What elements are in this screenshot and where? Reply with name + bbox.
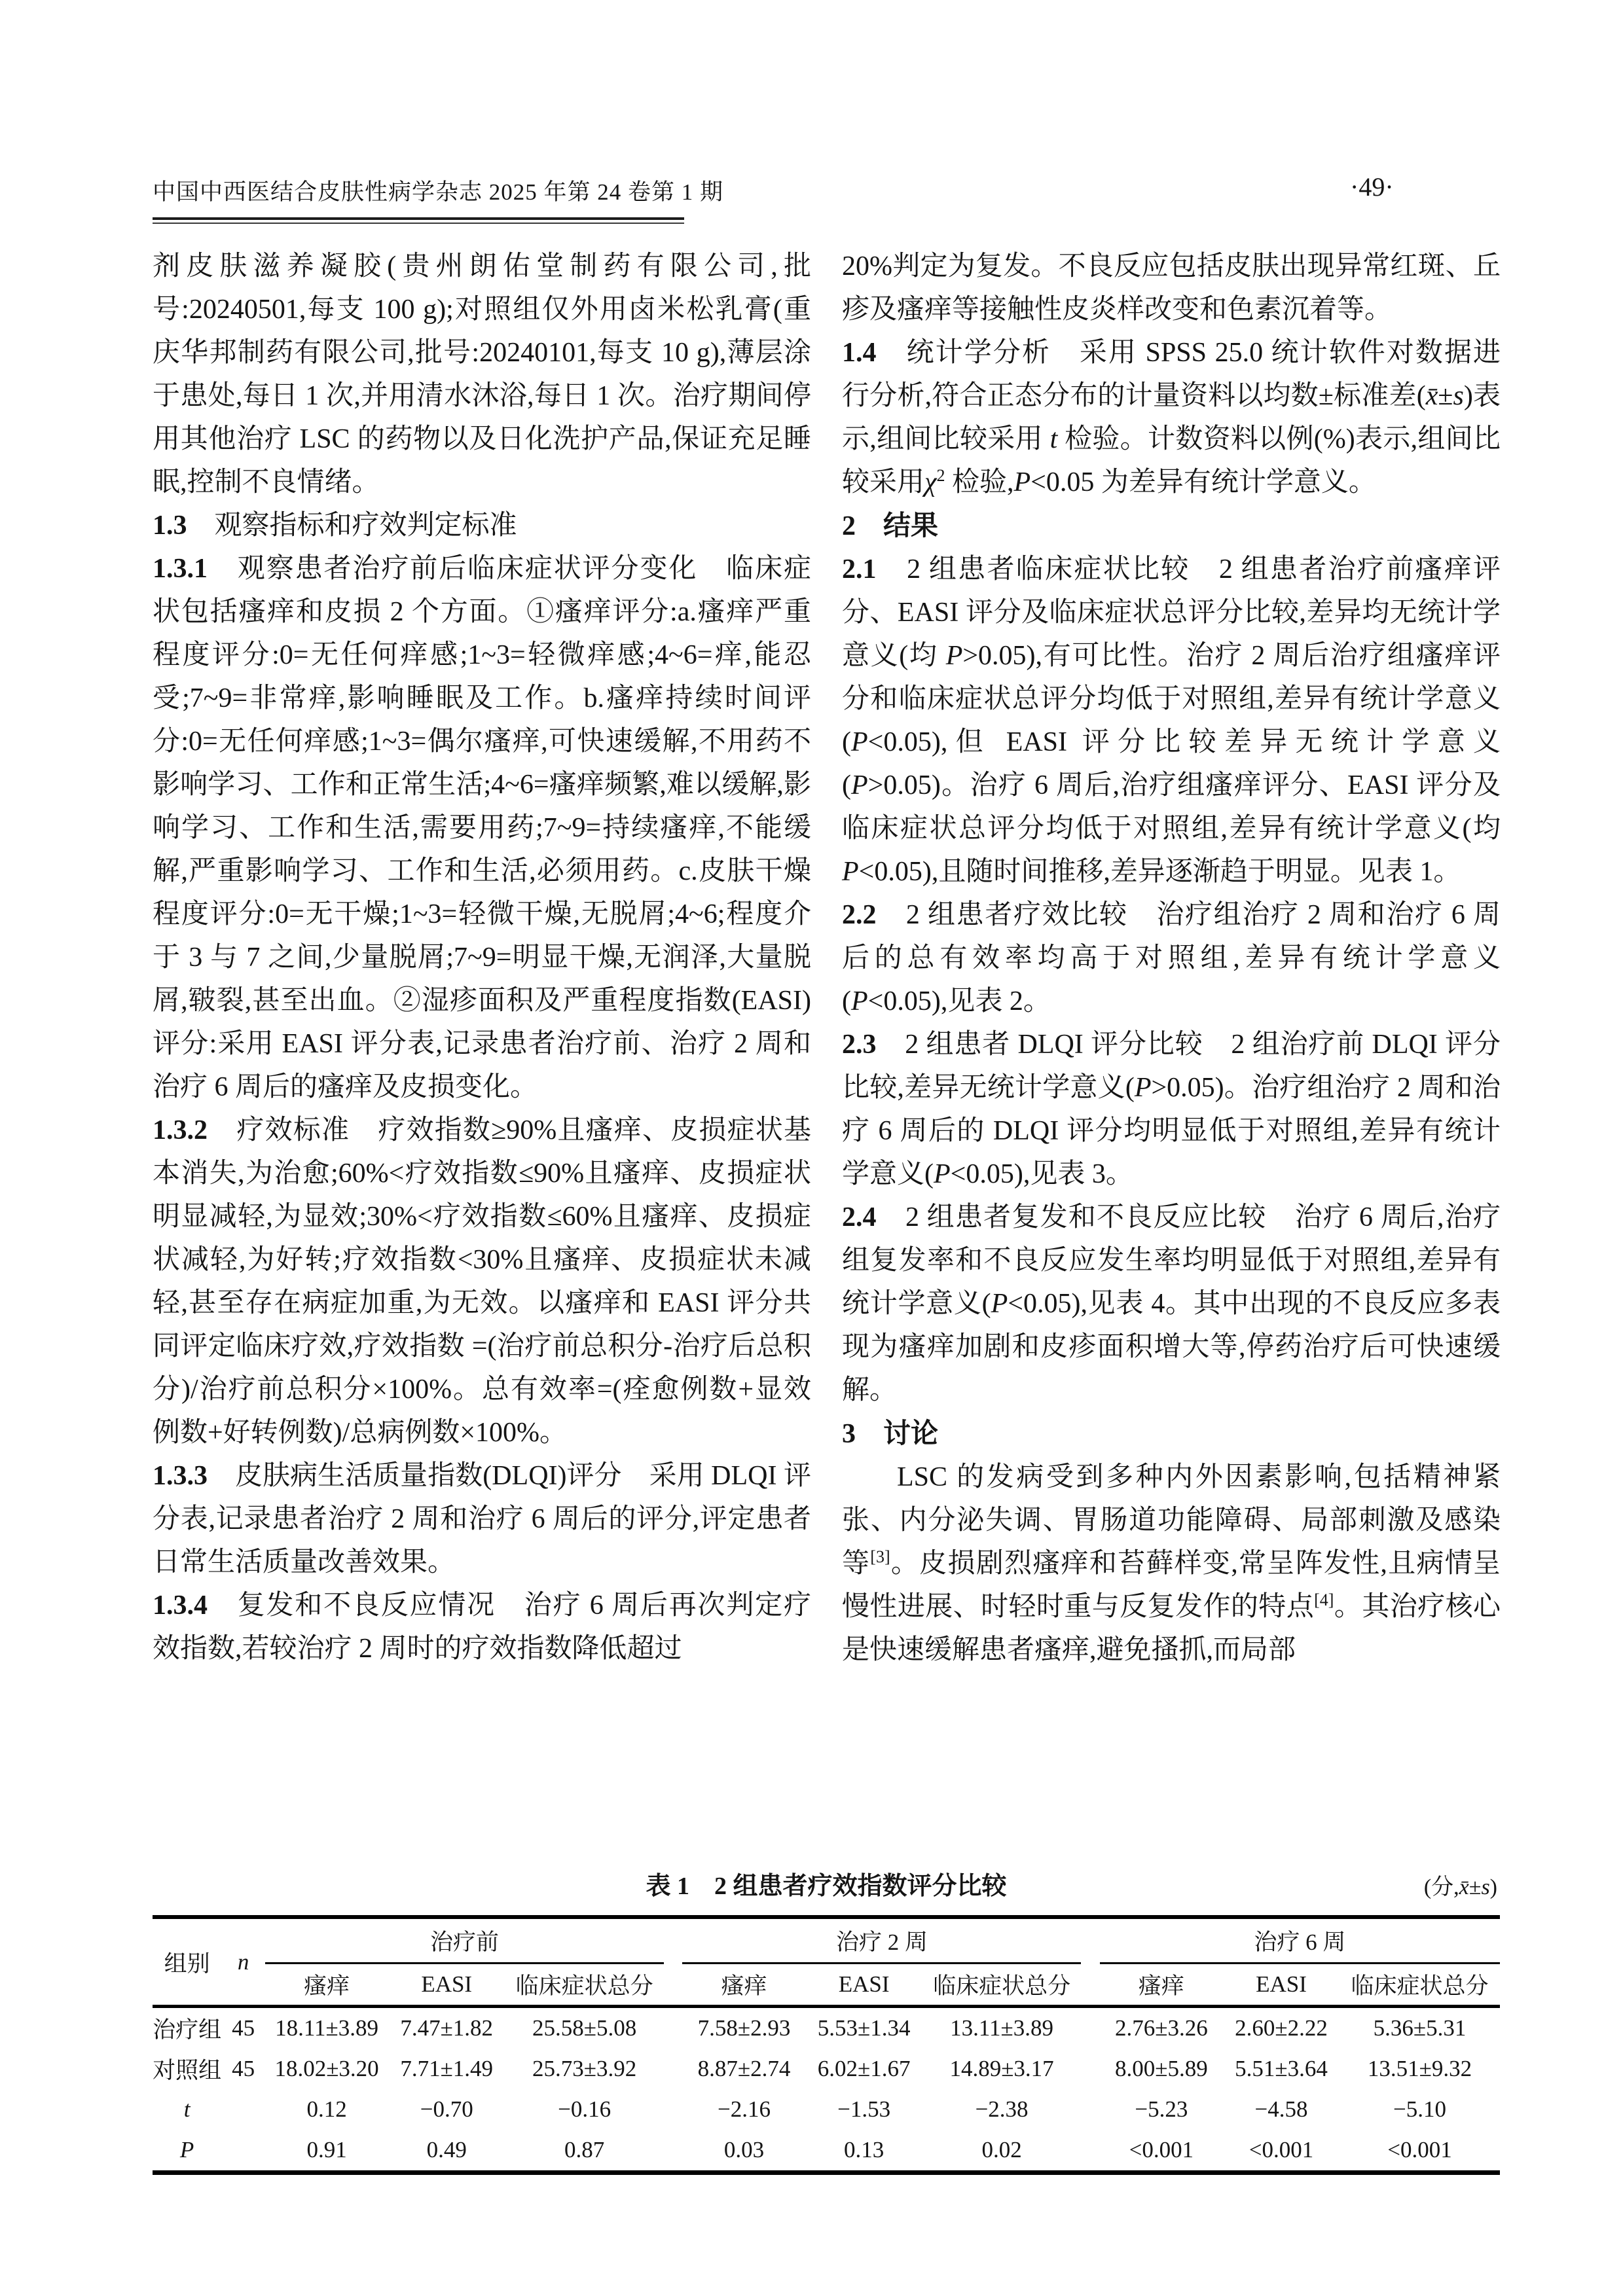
row-label: 对照组 — [153, 2049, 221, 2089]
section-heading: 3 讨论 — [842, 1412, 1501, 1456]
text-column-right: 20%判定为复发。不良反应包括皮肤出现异常红斑、丘疹及瘙痒等接触性皮炎样改变和色… — [842, 245, 1501, 1672]
table-cell: 13.11±3.89 — [922, 2007, 1082, 2049]
row-label: t — [153, 2089, 221, 2130]
table-1: 组别n治疗前治疗 2 周治疗 6 周瘙痒EASI临床症状总分瘙痒EASI临床症状… — [153, 1915, 1500, 2175]
table-cell: 2.60±2.22 — [1223, 2007, 1340, 2049]
numbered-paragraph: 1.3.3 皮肤病生活质量指数(DLQI)评分 采用 DLQI 评分表,记录患者… — [153, 1454, 811, 1584]
page-number: ·49· — [1350, 171, 1394, 202]
table-cell: −0.70 — [388, 2089, 505, 2130]
numbered-paragraph: 2.3 2 组患者 DLQI 评分比较 2 组治疗前 DLQI 评分比较,差异无… — [842, 1023, 1501, 1196]
table-cell: 0.13 — [806, 2130, 922, 2173]
col-header-measure: EASI — [1223, 1964, 1340, 2007]
col-header-phase: 治疗前 — [265, 1917, 664, 1964]
table-caption-text: 2 组患者疗效指数评分比较 — [714, 1873, 1007, 1900]
table-caption-prefix: 表 1 — [646, 1873, 689, 1900]
spacer-cell — [1081, 2007, 1099, 2049]
numbered-paragraph: 1.3.2 疗效标准 疗效指数≥90%且瘙痒、皮损症状基本消失,为治愈;60%<… — [153, 1109, 811, 1454]
spacer-cell — [1081, 2130, 1099, 2173]
table-cell: −5.10 — [1340, 2089, 1500, 2130]
table-caption: 表 1 2 组患者疗效指数评分比较 (分,x̄±s) — [153, 1869, 1500, 1915]
table-cell: −2.38 — [922, 2089, 1082, 2130]
table-row: 治疗组4518.11±3.897.47±1.8225.58±5.087.58±2… — [153, 2007, 1500, 2049]
table-cell: 25.58±5.08 — [505, 2007, 664, 2049]
col-header-measure: EASI — [806, 1964, 922, 2007]
col-header-group: 组别 — [153, 1917, 221, 2007]
spacer-cell — [1081, 2049, 1099, 2089]
section-heading: 2 结果 — [842, 504, 1501, 548]
table-cell: 8.87±2.74 — [682, 2049, 805, 2089]
paragraph: 剂皮肤滋养凝胶(贵州朗佑堂制药有限公司,批号:20240501,每支 100 g… — [153, 245, 811, 504]
table-1-block: 表 1 2 组患者疗效指数评分比较 (分,x̄±s) 组别n治疗前治疗 2 周治… — [153, 1869, 1500, 2175]
table-cell: 13.51±9.32 — [1340, 2049, 1500, 2089]
col-header-measure: 临床症状总分 — [505, 1964, 664, 2007]
table-cell: <0.001 — [1223, 2130, 1340, 2173]
col-header-measure: 瘙痒 — [682, 1964, 805, 2007]
col-header-measure: 临床症状总分 — [1340, 1964, 1500, 2007]
table-cell: 25.73±3.92 — [505, 2049, 664, 2089]
table-cell: −1.53 — [806, 2089, 922, 2130]
spacer-cell — [664, 1917, 682, 2007]
table-cell: −5.23 — [1100, 2089, 1223, 2130]
table-cell: 7.47±1.82 — [388, 2007, 505, 2049]
table-cell: 18.02±3.20 — [265, 2049, 388, 2089]
table-cell: 7.58±2.93 — [682, 2007, 805, 2049]
table-cell: <0.001 — [1100, 2130, 1223, 2173]
table-cell: 0.03 — [682, 2130, 805, 2173]
table-cell: 0.91 — [265, 2130, 388, 2173]
table-cell: 2.76±3.26 — [1100, 2007, 1223, 2049]
table-cell: 18.11±3.89 — [265, 2007, 388, 2049]
table-cell: 0.49 — [388, 2130, 505, 2173]
spacer-cell — [1081, 1917, 1099, 2007]
paragraph: 20%判定为复发。不良反应包括皮肤出现异常红斑、丘疹及瘙痒等接触性皮炎样改变和色… — [842, 245, 1501, 331]
table-cell: −2.16 — [682, 2089, 805, 2130]
table-cell: <0.001 — [1340, 2130, 1500, 2173]
table-cell: 14.89±3.17 — [922, 2049, 1082, 2089]
numbered-paragraph: 1.3.4 复发和不良反应情况 治疗 6 周后再次判定疗效指数,若较治疗 2 周… — [153, 1584, 811, 1670]
journal-page: 中国中西医结合皮肤性病学杂志 2025 年第 24 卷第 1 期 ·49· 剂皮… — [0, 0, 1623, 2296]
table-cell: 0.02 — [922, 2130, 1082, 2173]
col-header-phase: 治疗 6 周 — [1100, 1917, 1500, 1964]
col-header-measure: 瘙痒 — [265, 1964, 388, 2007]
table-cell: 5.53±1.34 — [806, 2007, 922, 2049]
table-row: t0.12−0.70−0.16−2.16−1.53−2.38−5.23−4.58… — [153, 2089, 1500, 2130]
row-n: 45 — [221, 2007, 265, 2049]
col-header-phase: 治疗 2 周 — [682, 1917, 1081, 1964]
spacer-cell — [664, 2130, 682, 2173]
numbered-paragraph: 1.3.1 观察患者治疗前后临床症状评分变化 临床症状包括瘙痒和皮损 2 个方面… — [153, 547, 811, 1109]
spacer-cell — [664, 2049, 682, 2089]
row-n — [221, 2130, 265, 2173]
spacer-cell — [664, 2007, 682, 2049]
col-header-measure: 临床症状总分 — [922, 1964, 1082, 2007]
col-header-n: n — [221, 1917, 265, 2007]
numbered-paragraph: 2.4 2 组患者复发和不良反应比较 治疗 6 周后,治疗组复发率和不良反应发生… — [842, 1196, 1501, 1412]
table-row: 对照组4518.02±3.207.71±1.4925.73±3.928.87±2… — [153, 2049, 1500, 2089]
table-cell: 0.12 — [265, 2089, 388, 2130]
table-cell: −0.16 — [505, 2089, 664, 2130]
row-n — [221, 2089, 265, 2130]
table-cell: 5.36±5.31 — [1340, 2007, 1500, 2049]
numbered-paragraph: 1.4 统计学分析 采用 SPSS 25.0 统计软件对数据进行分析,符合正态分… — [842, 331, 1501, 504]
table-cell: −4.58 — [1223, 2089, 1340, 2130]
table-row: P0.910.490.870.030.130.02<0.001<0.001<0.… — [153, 2130, 1500, 2173]
table-cell: 8.00±5.89 — [1100, 2049, 1223, 2089]
col-header-measure: 瘙痒 — [1100, 1964, 1223, 2007]
table-cell: 5.51±3.64 — [1223, 2049, 1340, 2089]
table-unit-note: (分,x̄±s) — [1424, 1871, 1497, 1905]
table-cell: 6.02±1.67 — [806, 2049, 922, 2089]
col-header-measure: EASI — [388, 1964, 505, 2007]
subsection-heading: 1.3 观察指标和疗效判定标准 — [153, 504, 811, 547]
text-column-left: 剂皮肤滋养凝胶(贵州朗佑堂制药有限公司,批号:20240501,每支 100 g… — [153, 245, 811, 1670]
journal-header: 中国中西医结合皮肤性病学杂志 2025 年第 24 卷第 1 期 — [153, 174, 723, 207]
table-cell: 0.87 — [505, 2130, 664, 2173]
spacer-cell — [664, 2089, 682, 2130]
paragraph: LSC 的发病受到多种内外因素影响,包括精神紧张、内分泌失调、胃肠道功能障碍、局… — [842, 1456, 1501, 1672]
table-cell: 7.71±1.49 — [388, 2049, 505, 2089]
row-n: 45 — [221, 2049, 265, 2089]
header-rule — [153, 217, 684, 224]
row-label: P — [153, 2130, 221, 2173]
numbered-paragraph: 2.1 2 组患者临床症状比较 2 组患者治疗前瘙痒评分、EASI 评分及临床症… — [842, 548, 1501, 893]
spacer-cell — [1081, 2089, 1099, 2130]
numbered-paragraph: 2.2 2 组患者疗效比较 治疗组治疗 2 周和治疗 6 周后的总有效率均高于对… — [842, 893, 1501, 1023]
row-label: 治疗组 — [153, 2007, 221, 2049]
